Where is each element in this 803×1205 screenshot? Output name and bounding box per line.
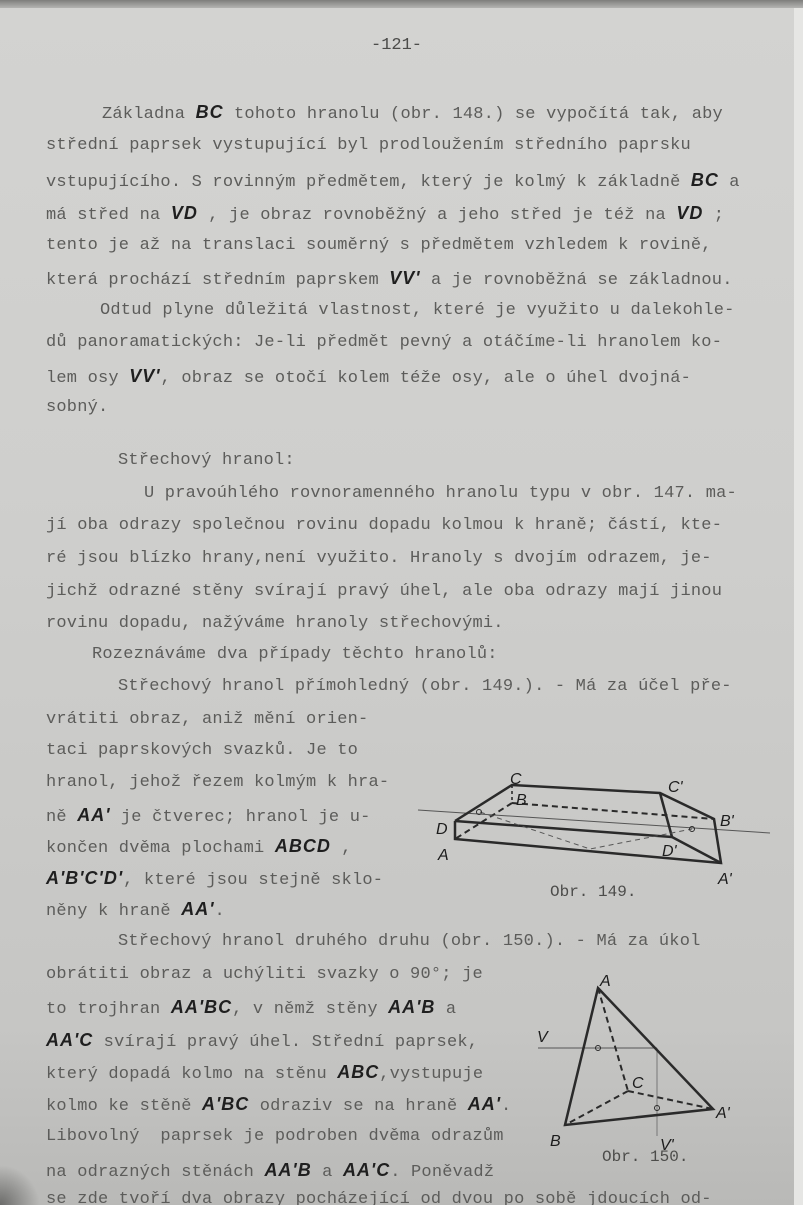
fig149-label-d-prime: D': [662, 843, 678, 860]
text-line: rovinu dopadu, nažýváme hranoly střechov…: [46, 614, 504, 633]
fig149-label-b: B: [516, 792, 527, 809]
math-symbol: A'B'C'D': [46, 868, 123, 888]
math-symbol: AA': [468, 1094, 501, 1114]
math-symbol: A'BC: [202, 1094, 249, 1114]
text-line: vstupujícího. S rovinným předmětem, kter…: [46, 170, 740, 192]
math-symbol: BC: [196, 102, 224, 122]
document-page: -121- Základna BC tohoto hranolu (obr. 1…: [0, 6, 795, 1205]
text-line: Odtud plyne důležitá vlastnost, které je…: [100, 301, 735, 320]
fig150-label-a-prime: A': [715, 1105, 731, 1122]
fig149-label-d: D: [436, 821, 448, 838]
text-line: dů panoramatických: Je-li předmět pevný …: [46, 333, 722, 352]
math-symbol: BC: [691, 170, 719, 190]
text-line: jichž odrazné stěny svírají pravý úhel, …: [46, 582, 722, 601]
text-line: A'B'C'D', které jsou stejně sklo-: [46, 868, 383, 890]
text-line: to trojhran AA'BC, v němž stěny AA'B a: [46, 997, 456, 1019]
scan-right-edge: [794, 8, 803, 1205]
text-line: jí oba odrazy společnou rovinu dopadu ko…: [46, 516, 722, 535]
text-line: Střechový hranol přímohledný (obr. 149.)…: [118, 677, 732, 696]
fig150-label-b: B: [550, 1133, 561, 1150]
fig150-label-a: A: [599, 973, 611, 990]
fig150-label-v: V: [537, 1029, 549, 1046]
scan-top-edge: [0, 0, 803, 8]
text-line: se zde tvoří dva obrazy pocházející od d…: [46, 1190, 712, 1205]
text-line: sobný.: [46, 398, 108, 417]
text-line: tento je až na translaci souměrný s před…: [46, 236, 712, 255]
text-line: něny k hraně AA'.: [46, 899, 225, 921]
text-line: která prochází středním paprskem VV' a j…: [46, 268, 733, 290]
text-line: Základna BC tohoto hranolu (obr. 148.) s…: [102, 102, 723, 124]
math-symbol: AA'B: [264, 1160, 311, 1180]
figure-149-caption: Obr. 149.: [550, 883, 636, 901]
fig149-label-b-prime: B': [720, 813, 735, 830]
text-line: má střed na VD , je obraz rovnoběžný a j…: [46, 203, 724, 225]
text-line: vrátiti obraz, aniž mění orien-: [46, 710, 368, 729]
text-line: ně AA' je čtverec; hranol je u-: [46, 805, 371, 827]
text-line: který dopadá kolmo na stěnu ABC,vystupuj…: [46, 1062, 483, 1084]
math-symbol: ABC: [337, 1062, 379, 1082]
text-line: Rozeznáváme dva případy těchto hranolů:: [92, 645, 498, 664]
fig150-label-c: C: [632, 1075, 644, 1092]
math-symbol: AA': [181, 899, 214, 919]
text-line: obrátiti obraz a uchýliti svazky o 90°; …: [46, 965, 483, 984]
text-line: U pravoúhlého rovnoramenného hranolu typ…: [144, 484, 737, 503]
math-symbol: AA': [77, 805, 110, 825]
math-symbol: AA'C: [343, 1160, 390, 1180]
text-line: na odrazných stěnách AA'B a AA'C. Poněva…: [46, 1160, 494, 1182]
math-symbol: ABCD: [275, 836, 331, 856]
math-symbol: VV': [129, 366, 160, 386]
fig149-label-a: A: [437, 847, 449, 864]
math-symbol: AA'C: [46, 1030, 93, 1050]
text-line: Střechový hranol:: [118, 451, 295, 470]
text-line: Libovolný paprsek je podroben dvěma odra…: [46, 1127, 504, 1146]
math-symbol: VD: [676, 203, 703, 223]
text-line: taci paprskových svazků. Je to: [46, 741, 358, 760]
figure-150-caption: Obr. 150.: [602, 1148, 688, 1166]
math-symbol: AA'B: [388, 997, 435, 1017]
math-symbol: VD: [171, 203, 198, 223]
fig149-label-c: C: [510, 771, 522, 788]
figure-150-roof-prism: A V C A' B V': [520, 966, 780, 1166]
text-line: lem osy VV', obraz se otočí kolem téže o…: [46, 366, 691, 388]
page-number: -121-: [371, 36, 422, 55]
text-line: hranol, jehož řezem kolmým k hra-: [46, 773, 389, 792]
scan-shadow: [0, 1165, 40, 1205]
text-line: kolmo ke stěně A'BC odraziv se na hraně …: [46, 1094, 511, 1116]
fig149-label-a-prime: A': [717, 871, 733, 888]
math-symbol: AA'BC: [171, 997, 232, 1017]
fig149-label-c-prime: C': [668, 779, 684, 796]
text-line: ré jsou blízko hrany,není využito. Hrano…: [46, 549, 712, 568]
math-symbol: VV': [389, 268, 420, 288]
text-line: končen dvěma plochami ABCD ,: [46, 836, 352, 858]
text-line: AA'C svírají pravý úhel. Střední paprsek…: [46, 1030, 478, 1052]
text-line: střední paprsek vystupující byl prodlouž…: [46, 136, 691, 155]
text-line: Střechový hranol druhého druhu (obr. 150…: [118, 932, 701, 951]
